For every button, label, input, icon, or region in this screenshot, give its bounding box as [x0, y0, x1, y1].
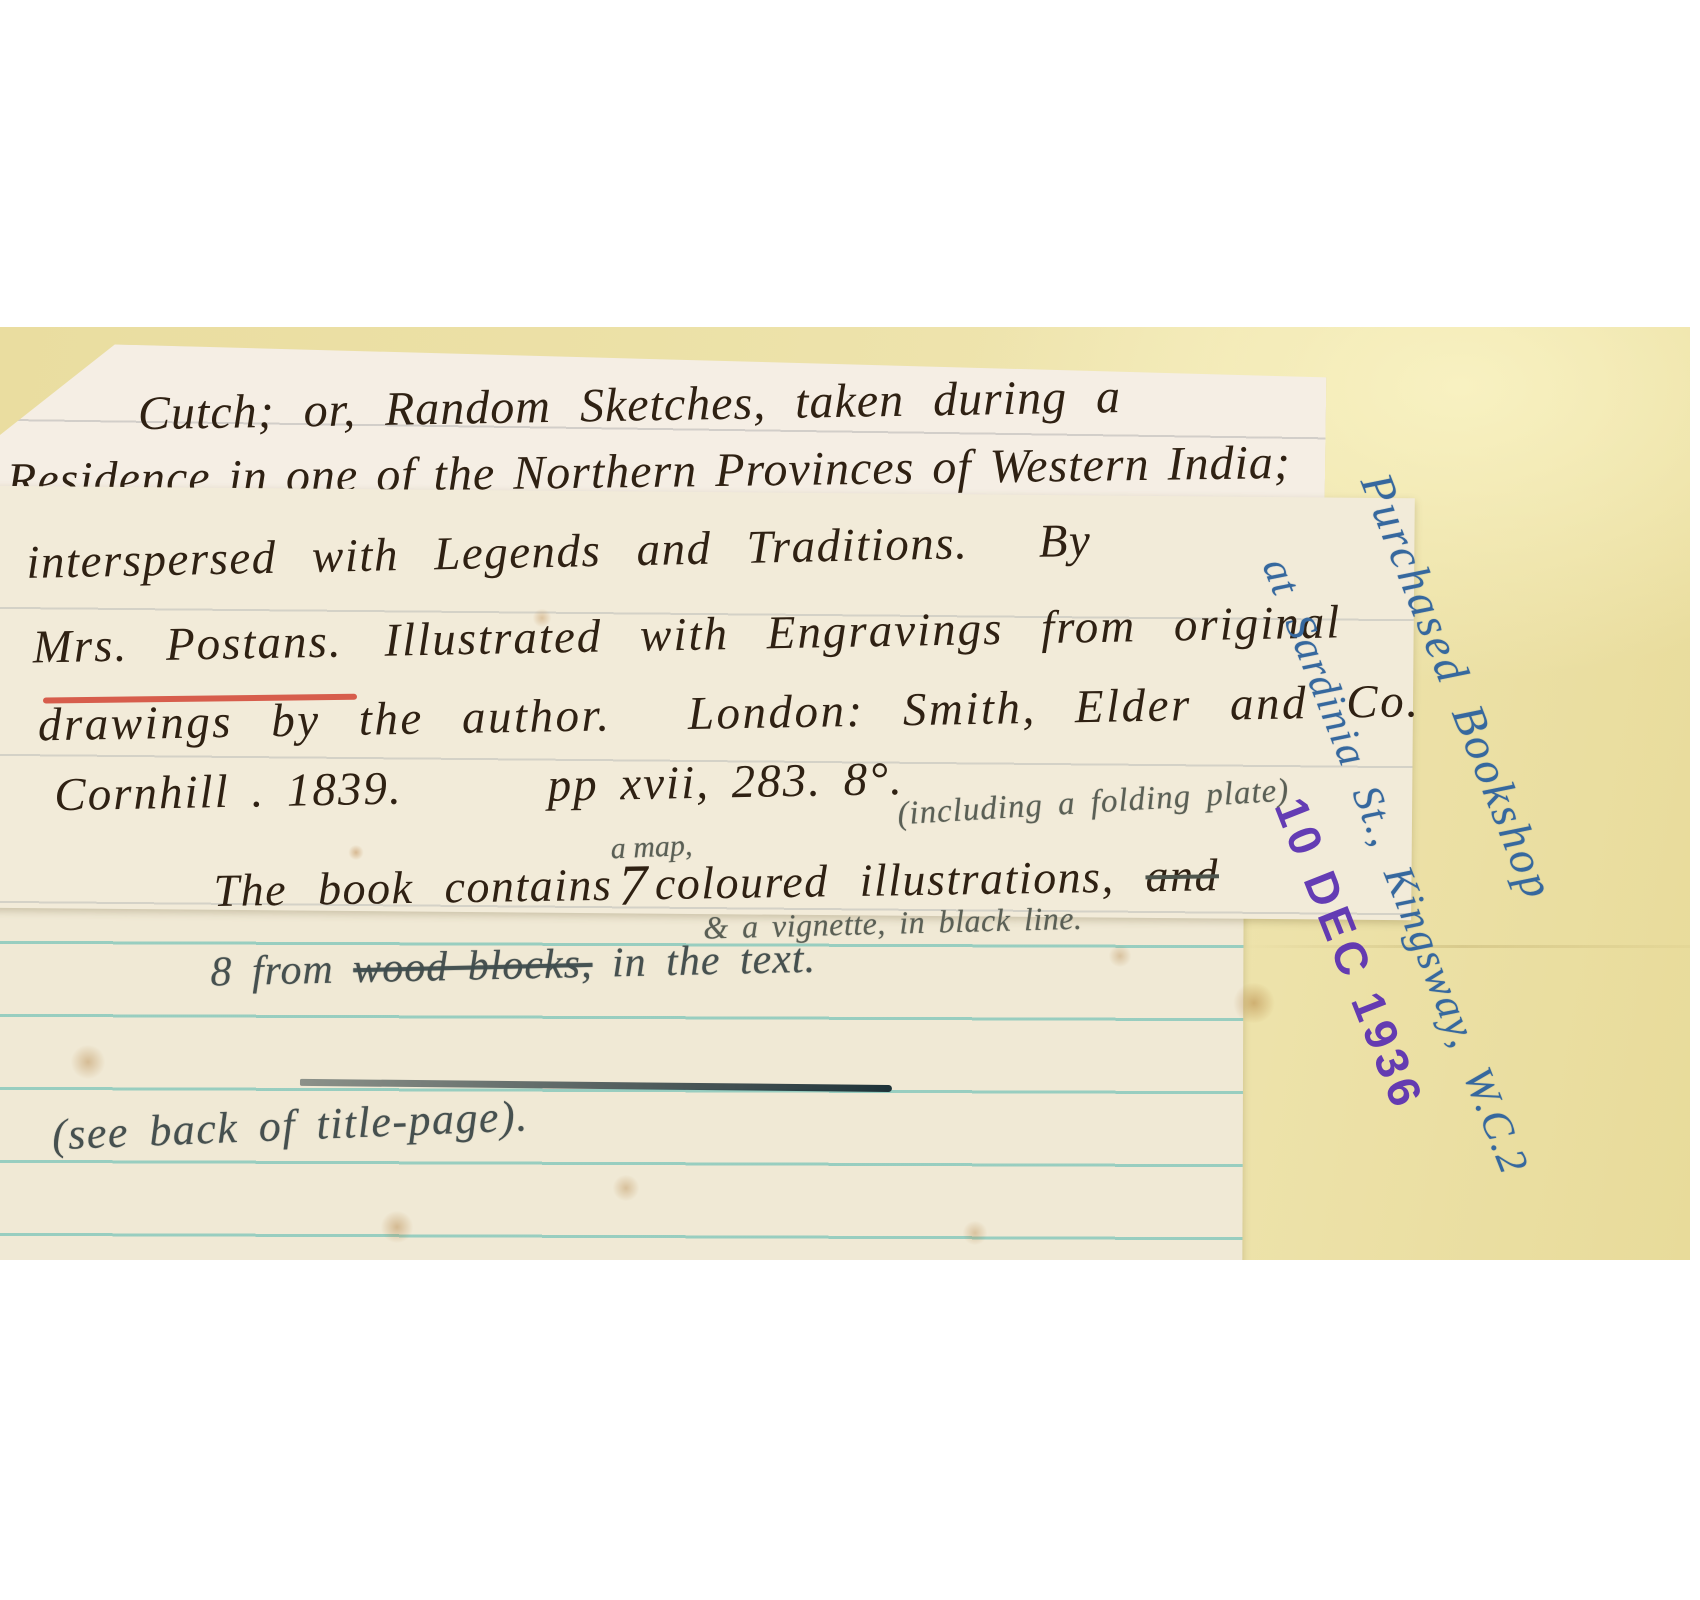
title-line-3: interspersed with Legends and Traditions… [26, 518, 1092, 587]
contents-number: 7 [618, 852, 650, 917]
scanned-catalog-card-photo: Cutch; or, Random Sketches, taken during… [0, 0, 1700, 1600]
album-page-yellow-paper: Cutch; or, Random Sketches, taken during… [0, 327, 1690, 1260]
see-back-note: (see back of title-page). [51, 1094, 529, 1157]
title-line-4: Mrs. Postans.Illustrated with Engravings… [32, 599, 1342, 671]
date-collation-line: Cornhill . 1839.pp xvii, 283. 8°. [54, 756, 904, 819]
contents-struck-and: and [1145, 849, 1219, 901]
imprint-line: drawings by the author. London: Smith, E… [38, 678, 1421, 749]
contents-start: The book contains [213, 859, 613, 916]
collation: pp xvii, 283. 8°. [547, 756, 904, 810]
woodblocks-note-start: 8 from [210, 947, 334, 996]
pencil-divider-rule [300, 1079, 892, 1092]
woodblocks-note-line: 8 from wood blocks, in the text. [210, 938, 817, 994]
author-name: Mrs. Postans. [32, 619, 343, 672]
ruled-slip-lower: 8 from wood blocks, in the text. (see ba… [0, 883, 1244, 1260]
place-date: Cornhill . 1839. [54, 763, 403, 822]
pencil-folding-plate-note: (including a folding plate) [897, 774, 1291, 831]
title-line-4-rest: Illustrated with Engravings from origina… [384, 596, 1342, 666]
title-slip-middle: interspersed with Legends and Traditions… [0, 486, 1415, 920]
title-line-1: Cutch; or, Random Sketches, taken during… [138, 373, 1122, 438]
woodblocks-note-struck: wood blocks, [353, 941, 593, 992]
